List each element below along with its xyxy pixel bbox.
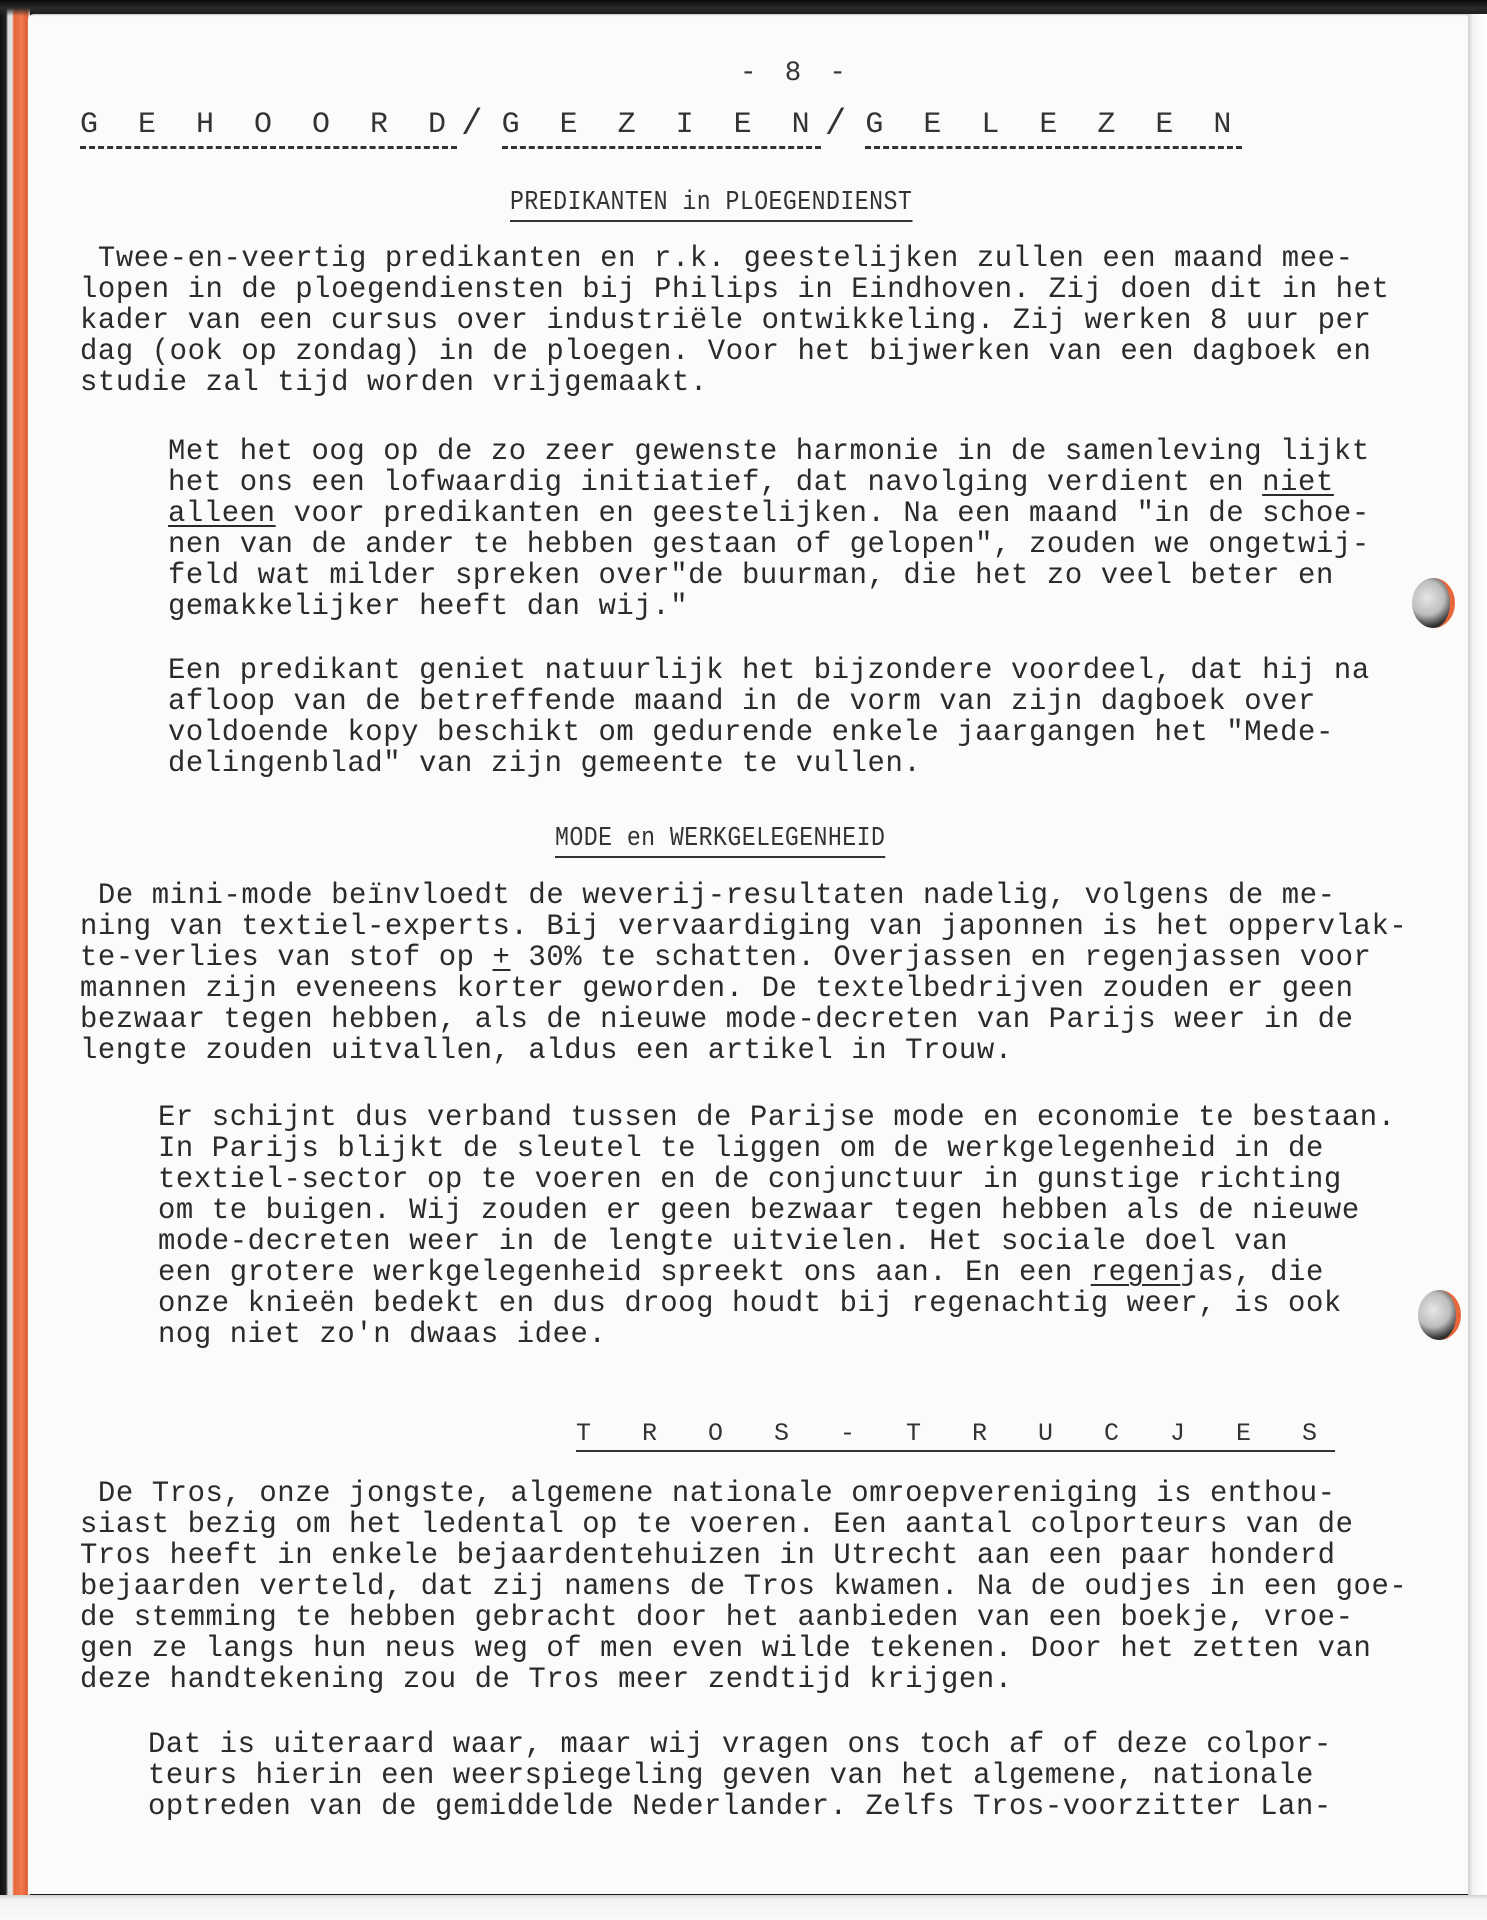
text-run: nen van de ander te hebben gestaan of ge… [168, 527, 1370, 561]
text-line: om te buigen. Wij zouden er geen bezwaar… [158, 1195, 1396, 1226]
text-run: lengte zouden uitvallen, aldus een artik… [80, 1033, 1013, 1067]
text-line: voldoende kopy beschikt om gedurende enk… [168, 717, 1370, 748]
paragraph: Een predikant geniet natuurlijk het bijz… [168, 655, 1370, 779]
text-line: delingenblad" van zijn gemeente te vulle… [168, 748, 1370, 779]
text-run: onze knieën bedekt en dus droog houdt bi… [158, 1286, 1342, 1320]
paragraph: Dat is uiteraard waar, maar wij vragen o… [148, 1729, 1332, 1822]
text-line: teurs hierin een weerspiegeling geven va… [148, 1760, 1332, 1791]
text-run: Dat is uiteraard waar, maar wij vragen o… [148, 1727, 1332, 1761]
text-line: In Parijs blijkt de sleutel te liggen om… [158, 1133, 1396, 1164]
text-line: onze knieën bedekt en dus droog houdt bi… [158, 1288, 1396, 1319]
text-run: mode-decreten weer in de lengte uitviele… [158, 1224, 1288, 1258]
text-line: Twee-en-veertig predikanten en r.k. gees… [80, 243, 1389, 274]
text-line: studie zal tijd worden vrijgemaakt. [80, 367, 1389, 398]
text-run: om te buigen. Wij zouden er geen bezwaar… [158, 1193, 1360, 1227]
red-binding-strip [0, 0, 30, 1920]
text-line: het ons een lofwaardig initiatief, dat n… [168, 467, 1370, 498]
text-run: de stemming te hebben gebracht door het … [80, 1600, 1354, 1634]
text-line: mode-decreten weer in de lengte uitviele… [158, 1226, 1396, 1257]
masthead-separator: / [461, 104, 494, 145]
text-line: dag (ook op zondag) in de ploegen. Voor … [80, 336, 1389, 367]
text-line: nen van de ander te hebben gestaan of ge… [168, 529, 1370, 560]
scan-top-shadow [0, 0, 1487, 16]
text-run: Een predikant geniet natuurlijk het bijz… [168, 653, 1370, 687]
page-bottom-edge [0, 1895, 1487, 1920]
text-run: jas, die [1180, 1255, 1324, 1289]
text-line: lopen in de ploegendiensten bij Philips … [80, 274, 1389, 305]
text-run: Tros heeft in enkele bejaardentehuizen i… [80, 1538, 1336, 1572]
text-line: gemakkelijker heeft dan wij." [168, 591, 1370, 622]
text-run: te-verlies van stof op [80, 940, 493, 974]
text-run: het ons een lofwaardig initiatief, dat n… [168, 465, 1262, 499]
underlined-text: alleen [168, 496, 276, 530]
text-line: gen ze langs hun neus weg of men even wi… [80, 1633, 1407, 1664]
text-run: gemakkelijker heeft dan wij." [168, 589, 688, 623]
text-run: voldoende kopy beschikt om gedurende enk… [168, 715, 1334, 749]
underlined-text: niet [1262, 465, 1334, 499]
text-line: De Tros, onze jongste, algemene national… [80, 1478, 1407, 1509]
masthead-separator: / [825, 104, 858, 145]
paragraph: Er schijnt dus verband tussen de Parijse… [158, 1102, 1396, 1350]
section-heading-predikanten: PREDIKANTEN in PLOEGENDIENST [510, 188, 912, 222]
text-run: Met het oog op de zo zeer gewenste harmo… [168, 434, 1370, 468]
paragraph: Met het oog op de zo zeer gewenste harmo… [168, 436, 1370, 622]
text-line: afloop van de betreffende maand in de vo… [168, 686, 1370, 717]
text-line: deze handtekening zou de Tros meer zendt… [80, 1664, 1407, 1695]
masthead: G E H O O R D / G E Z I E N / G E L E Z … [80, 108, 1242, 149]
text-line: te-verlies van stof op + 30% te schatten… [80, 942, 1407, 973]
text-line: bezwaar tegen hebben, als de nieuwe mode… [80, 1004, 1407, 1035]
underlined-text: regen [1091, 1255, 1181, 1289]
text-run: siast bezig om het ledental op te voeren… [80, 1507, 1354, 1541]
text-line: de stemming te hebben gebracht door het … [80, 1602, 1407, 1633]
text-line: De mini-mode beïnvloedt de weverij-resul… [80, 880, 1407, 911]
text-line: textiel-sector op te voeren en de conjun… [158, 1164, 1396, 1195]
text-run: studie zal tijd worden vrijgemaakt. [80, 365, 708, 399]
text-run: mannen zijn eveneens korter geworden. De… [80, 971, 1354, 1005]
text-run: delingenblad" van zijn gemeente te vulle… [168, 746, 921, 780]
punch-hole-icon [1418, 1290, 1461, 1340]
text-line: bejaarden verteld, dat zij namens de Tro… [80, 1571, 1407, 1602]
text-run: afloop van de betreffende maand in de vo… [168, 684, 1316, 718]
section-heading-mode: MODE en WERKGELEGENHEID [555, 824, 885, 858]
text-line: Dat is uiteraard waar, maar wij vragen o… [148, 1729, 1332, 1760]
text-run: nog niet zo'n dwaas idee. [158, 1317, 606, 1351]
text-run: 30% te schatten. Overjassen en regenjass… [510, 940, 1371, 974]
page-number: - 8 - [740, 58, 852, 89]
text-run: deze handtekening zou de Tros meer zendt… [80, 1662, 1013, 1696]
text-run: De mini-mode beïnvloedt de weverij-resul… [80, 878, 1336, 912]
text-line: ning van textiel-experts. Bij vervaardig… [80, 911, 1407, 942]
text-run: Er schijnt dus verband tussen de Parijse… [158, 1100, 1396, 1134]
masthead-word-gelezen: G E L E Z E N [865, 108, 1242, 149]
underlined-text: + [493, 940, 511, 974]
masthead-word-gehoord: G E H O O R D [80, 108, 457, 149]
text-run: teurs hierin een weerspiegeling geven va… [148, 1758, 1314, 1792]
text-run: bezwaar tegen hebben, als de nieuwe mode… [80, 1002, 1354, 1036]
paragraph: De Tros, onze jongste, algemene national… [80, 1478, 1407, 1695]
text-run: kader van een cursus over industriële on… [80, 303, 1371, 337]
page-right-edge [1468, 14, 1487, 1904]
text-run: bejaarden verteld, dat zij namens de Tro… [80, 1569, 1407, 1603]
text-run: optreden van de gemiddelde Nederlander. … [148, 1789, 1332, 1823]
text-line: Met het oog op de zo zeer gewenste harmo… [168, 436, 1370, 467]
paragraph: De mini-mode beïnvloedt de weverij-resul… [80, 880, 1407, 1066]
punch-hole-icon [1412, 578, 1455, 628]
text-line: nog niet zo'n dwaas idee. [158, 1319, 1396, 1350]
text-run: een grotere werkgelegenheid spreekt ons … [158, 1255, 1091, 1289]
text-run: feld wat milder spreken over"de buurman,… [168, 558, 1334, 592]
text-line: optreden van de gemiddelde Nederlander. … [148, 1791, 1332, 1822]
text-line: Tros heeft in enkele bejaardentehuizen i… [80, 1540, 1407, 1571]
text-line: siast bezig om het ledental op te voeren… [80, 1509, 1407, 1540]
text-run: De Tros, onze jongste, algemene national… [80, 1476, 1336, 1510]
paragraph: Twee-en-veertig predikanten en r.k. gees… [80, 243, 1389, 398]
text-line: kader van een cursus over industriële on… [80, 305, 1389, 336]
text-run: voor predikanten en geestelijken. Na een… [276, 496, 1370, 530]
masthead-word-gezien: G E Z I E N [502, 108, 821, 149]
section-heading-tros: T R O S - T R U C J E S [576, 1419, 1335, 1452]
text-line: mannen zijn eveneens korter geworden. De… [80, 973, 1407, 1004]
text-line: feld wat milder spreken over"de buurman,… [168, 560, 1370, 591]
text-run: Twee-en-veertig predikanten en r.k. gees… [80, 241, 1354, 275]
text-line: lengte zouden uitvallen, aldus een artik… [80, 1035, 1407, 1066]
text-run: dag (ook op zondag) in de ploegen. Voor … [80, 334, 1371, 368]
text-line: Een predikant geniet natuurlijk het bijz… [168, 655, 1370, 686]
text-run: lopen in de ploegendiensten bij Philips … [80, 272, 1389, 306]
text-line: alleen voor predikanten en geestelijken.… [168, 498, 1370, 529]
text-run: In Parijs blijkt de sleutel te liggen om… [158, 1131, 1324, 1165]
text-run: ning van textiel-experts. Bij vervaardig… [80, 909, 1407, 943]
text-line: Er schijnt dus verband tussen de Parijse… [158, 1102, 1396, 1133]
text-line: een grotere werkgelegenheid spreekt ons … [158, 1257, 1396, 1288]
text-run: gen ze langs hun neus weg of men even wi… [80, 1631, 1371, 1665]
text-run: textiel-sector op te voeren en de conjun… [158, 1162, 1342, 1196]
